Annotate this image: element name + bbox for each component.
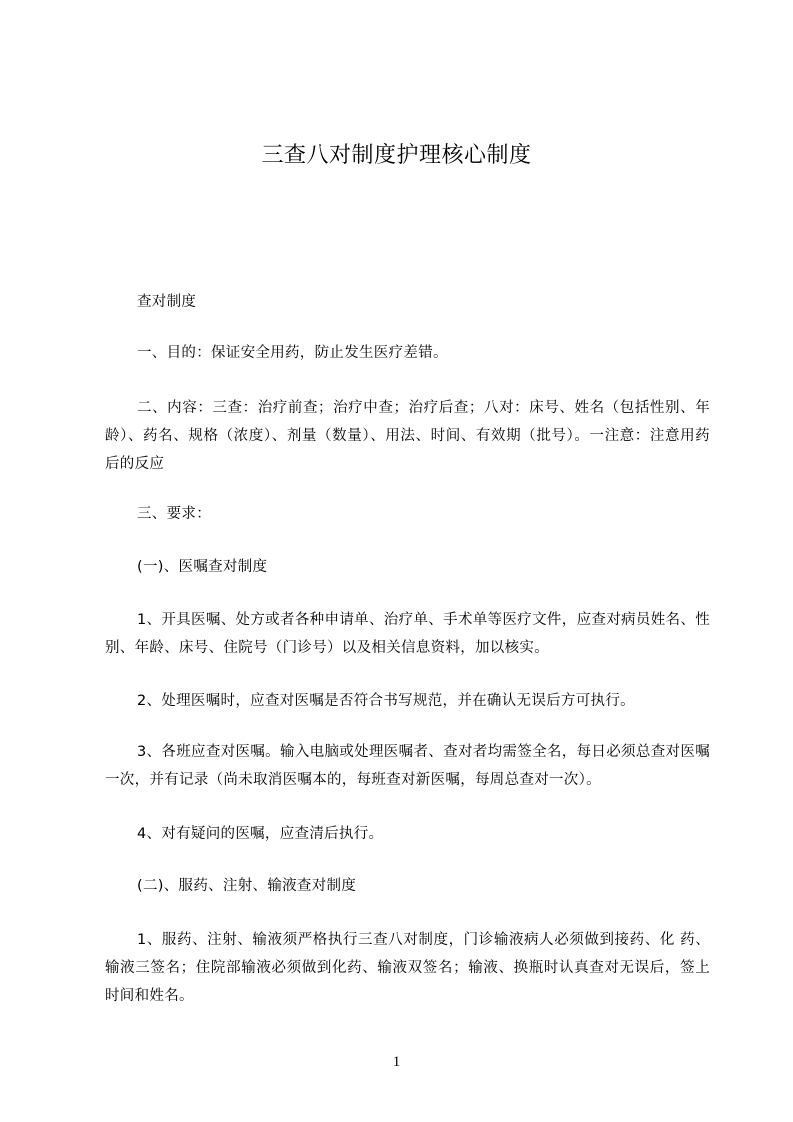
subheading-medication-injection-check: (二)、服药、注射、输液查对制度	[105, 872, 710, 900]
section-heading-check-system: 查对制度	[105, 288, 710, 316]
document-page: 三查八对制度护理核心制度 查对制度 一、目的：保证安全用药，防止发生医疗差错。 …	[0, 0, 793, 1122]
page-number: 1	[0, 1054, 793, 1071]
paragraph-order-item-1: 1、开具医嘱、处方或者各种申请单、治疗单、手术单等医疗文件，应查对病员姓名、性别…	[105, 606, 710, 662]
paragraph-order-item-3: 3、各班应查对医嘱。输入电脑或处理医嘱者、查对者均需签全名，每日必须总查对医嘱一…	[105, 738, 710, 794]
paragraph-order-item-2: 2、处理医嘱时，应查对医嘱是否符合书写规范，并在确认无误后方可执行。	[105, 687, 710, 715]
paragraph-medication-item-1: 1、服药、注射、输液须严格执行三查八对制度，门诊输液病人必须做到接药、化 药、输…	[105, 926, 710, 1010]
paragraph-content: 二、内容：三查：治疗前查；治疗中查；治疗后查；八对：床号、姓名（包括性别、年龄）…	[105, 394, 710, 478]
paragraph-purpose: 一、目的：保证安全用药，防止发生医疗差错。	[105, 339, 710, 367]
paragraph-order-item-4: 4、对有疑问的医嘱，应查清后执行。	[105, 820, 710, 848]
paragraph-requirements-heading: 三、要求：	[105, 500, 710, 528]
document-title: 三查八对制度护理核心制度	[0, 140, 793, 172]
subheading-medical-order-check: (一)、医嘱查对制度	[105, 553, 710, 581]
